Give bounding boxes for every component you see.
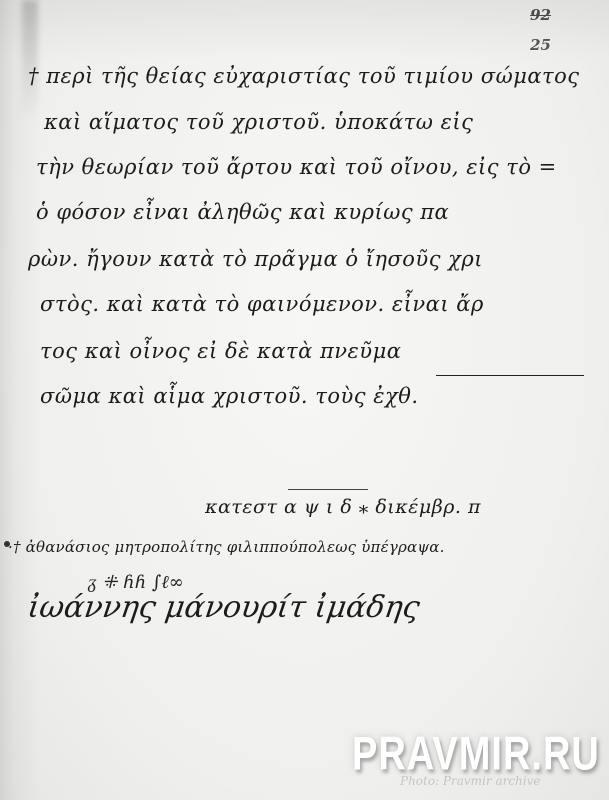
manuscript-line-5: ρὼν. ἤγουν κατὰ τὸ πρᾶγμα ὁ ἴησοῦς χρι	[28, 247, 483, 271]
manuscript-line-6: στὸς. καὶ κατὰ τὸ φαινόμενον. εἶναι ἄρ	[40, 292, 484, 316]
folio-number-struck: 92	[530, 6, 551, 24]
ink-dot	[4, 541, 10, 547]
rule-line	[436, 375, 584, 376]
metropolitan-subscription: ·† ἀθανάσιος μητροπολίτης φιλιππούπολεως…	[8, 538, 445, 556]
rule-line	[288, 489, 368, 490]
manuscript-line-8: σῶμα καὶ αἷμα χριστοῦ. τοὺς ἐχθ.	[40, 384, 419, 408]
watermark-subtext: Photo: Pravmir archive	[400, 774, 541, 788]
folio-number: 25	[530, 36, 551, 54]
manuscript-line-1: † περὶ τῆς θείας εὐχαριστίας τοῦ τιμίου …	[28, 64, 580, 88]
paper-stain	[22, 0, 38, 120]
date-line: κατεστ α ψ ι δ ⁎ δικέμβρ. π	[205, 496, 481, 518]
manuscript-line-2: καὶ αἵματος τοῦ χριστοῦ. ὑποκάτω εἰς	[44, 110, 473, 134]
manuscript-line-7: τος καὶ οἶνος εἰ δὲ κατὰ πνεῦμα	[40, 339, 401, 363]
signature: ἰωάννης μάνουρίτ ἰμάδης	[26, 590, 422, 625]
manuscript-line-3: τὴν θεωρίαν τοῦ ἄρτου καὶ τοῦ οἴνου, εἰς…	[36, 155, 557, 179]
manuscript-line-4: ὁ φόσον εἶναι ἀληθῶς καὶ κυρίως πα	[36, 200, 449, 224]
